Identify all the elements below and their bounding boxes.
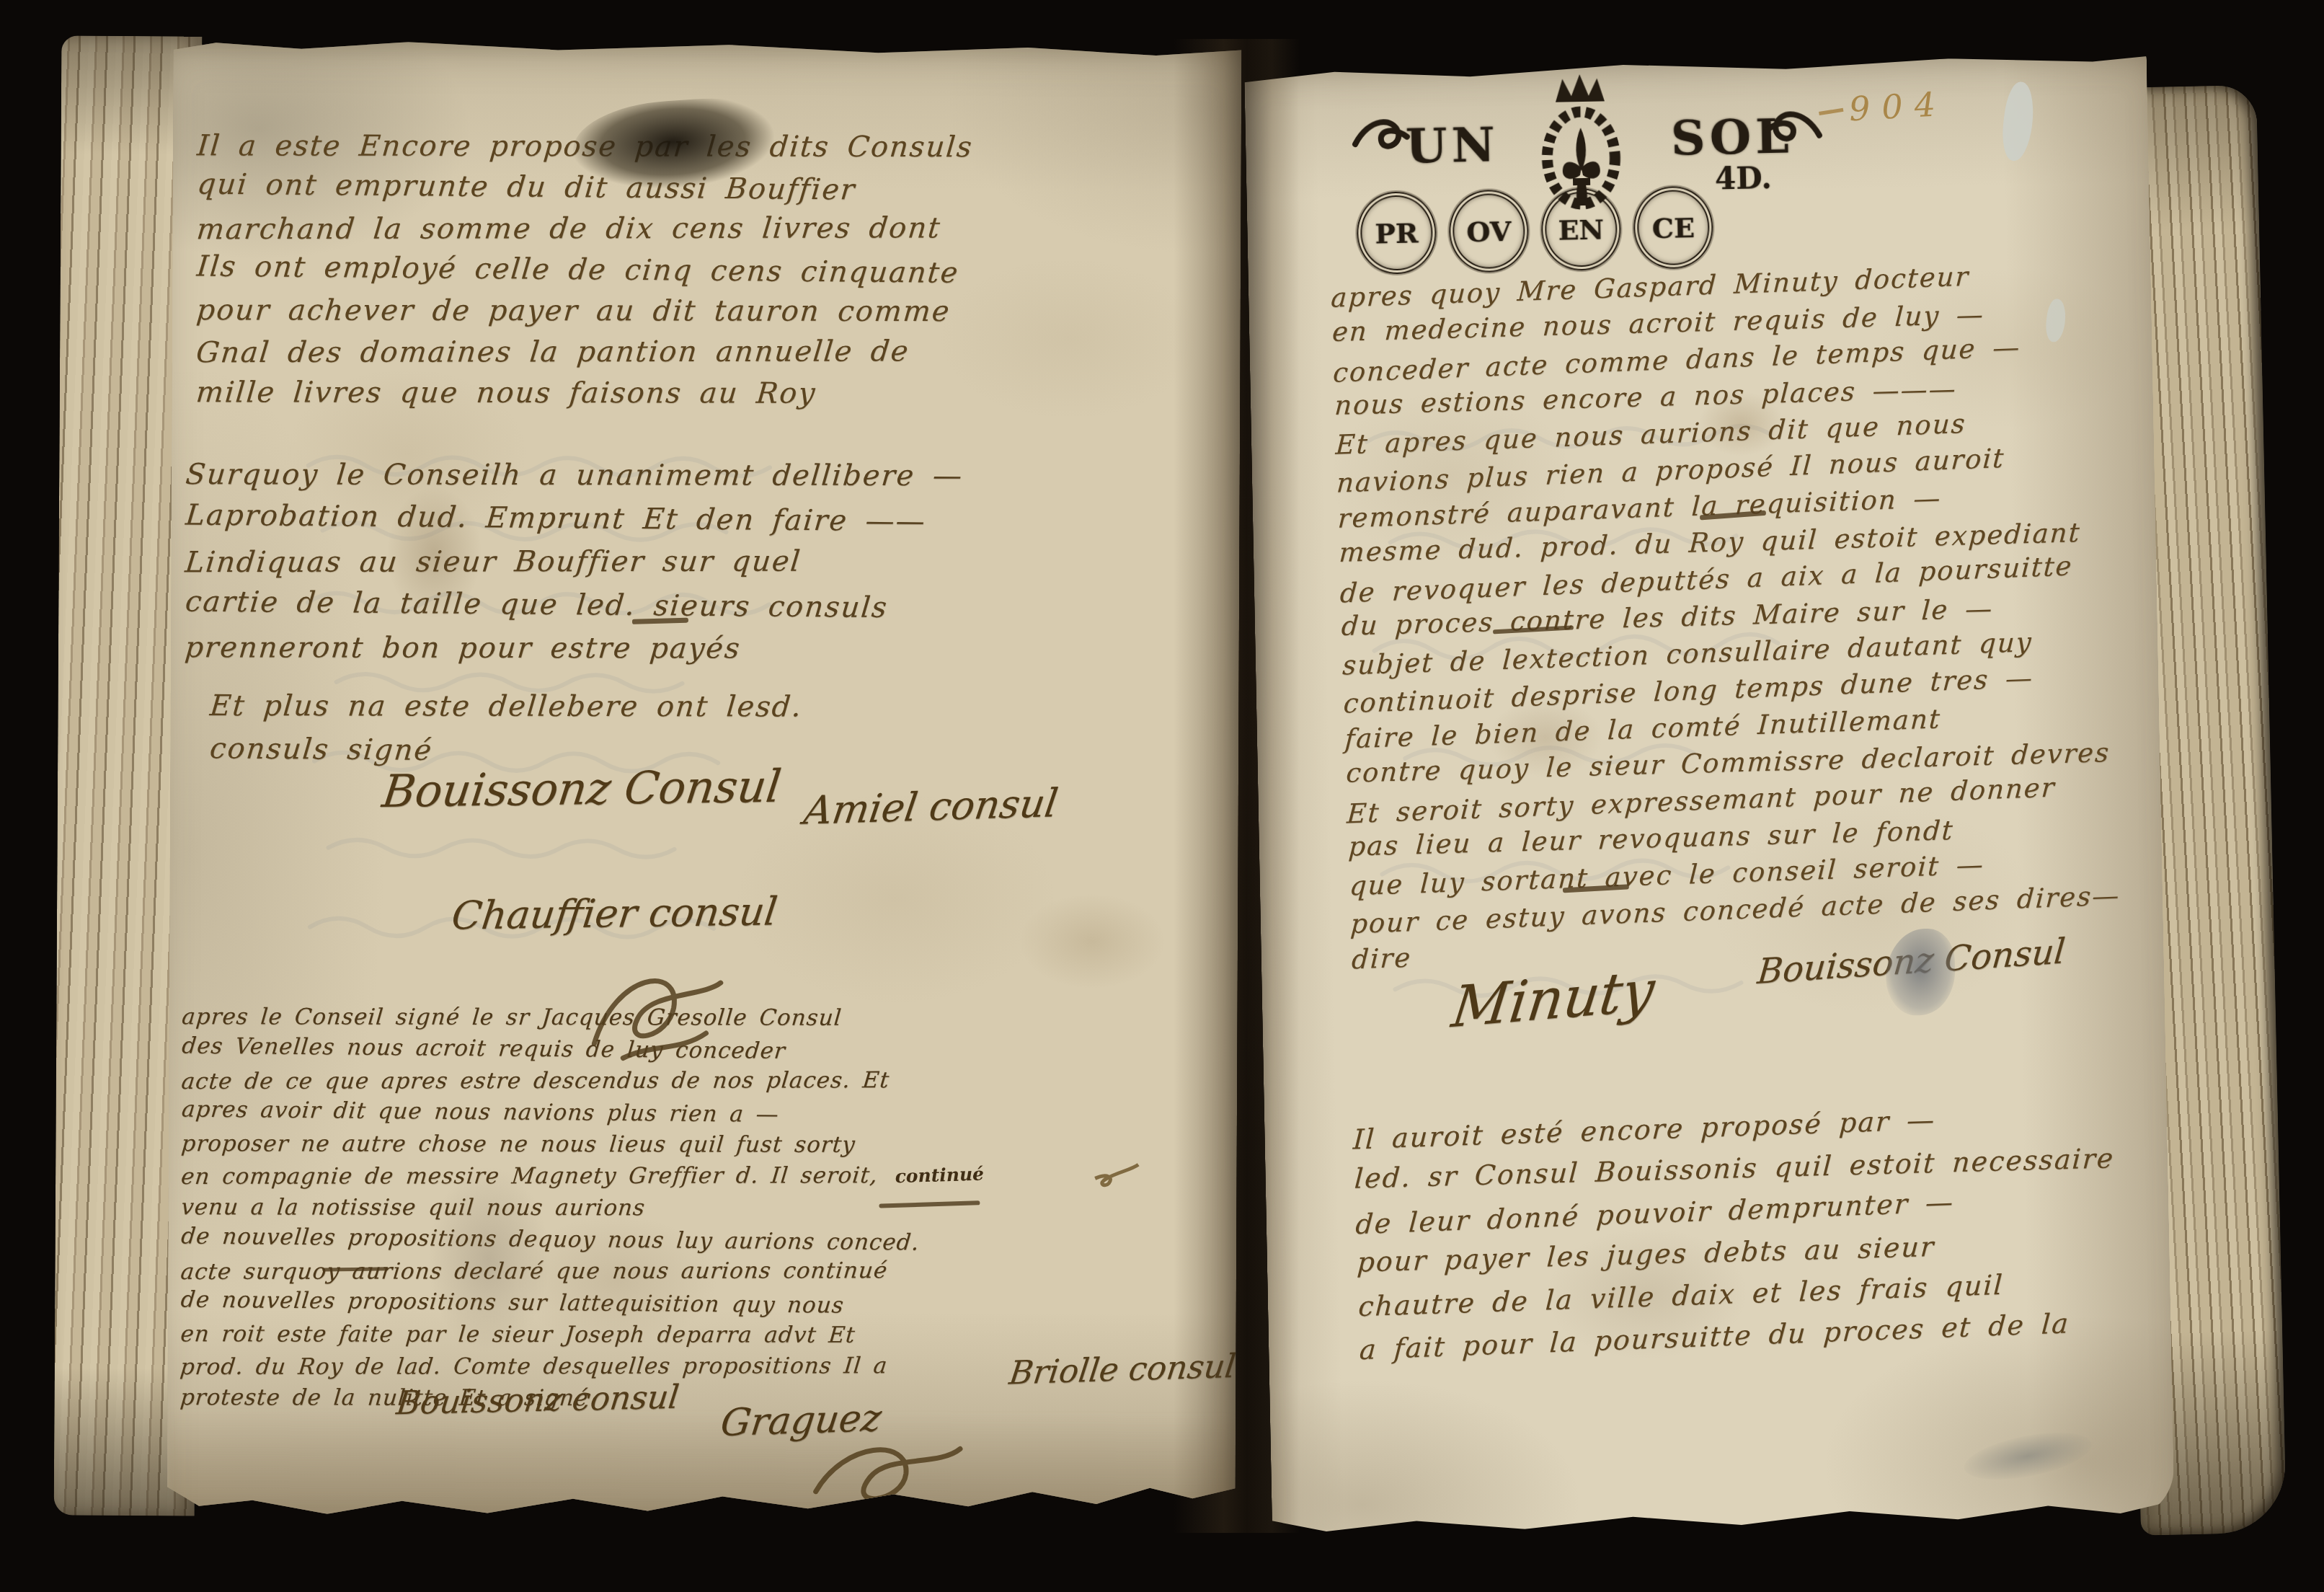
left-paragraph-2: Surquoy le Conseilh a unanimemt delliber… xyxy=(185,452,963,672)
interlinear-insertion: continué xyxy=(895,1164,984,1188)
edge-discoloration xyxy=(167,1410,1236,1519)
manuscript-line: pour achever de payer au dit tauron comm… xyxy=(195,290,974,332)
manuscript-line: Et plus na este dellebere ont lesd. xyxy=(208,684,804,729)
manuscript-line: Lindiquas au sieur Bouffier sur quel xyxy=(183,539,965,584)
signature-bouisson-2: Bouissonz consul xyxy=(394,1378,681,1423)
stamp-letter-medallion: CE xyxy=(1633,186,1713,270)
manuscript-line: qui ont emprunte du dit aussi Bouffier xyxy=(195,164,975,212)
manuscript-line: Gnal des domaines la pantion annuelle de xyxy=(194,331,974,373)
manuscript-line: cartie de la taille que led. sieurs cons… xyxy=(183,580,964,630)
manuscript-line: Il a este Encore propose par les dits Co… xyxy=(195,125,975,168)
right-paragraph-1: apres quoy Mre Gaspard Minuty docteuren … xyxy=(1331,255,2122,977)
folio-number: 904 xyxy=(1848,84,1948,128)
stamp-letter-medallion: EN xyxy=(1540,187,1621,271)
manuscript-line: Surquoy le Conseilh a unanimemt delliber… xyxy=(184,453,965,497)
manuscript-line: en roit este faite par le sieur Joseph d… xyxy=(179,1318,921,1351)
signature-briolle: Briolle consul xyxy=(1007,1347,1238,1392)
manuscript-line: acte de ce que apres estre descendus de … xyxy=(180,1064,923,1097)
left-paragraph-1: Il a este Encore propose par les dits Co… xyxy=(196,125,972,416)
manuscript-photograph: { "folio_number": "904", "stamp": { "wor… xyxy=(0,0,2324,1592)
provence-tax-stamp: UN SOL 4D. PROVENCE xyxy=(1362,81,1805,283)
manuscript-line: prenneront bon pour estre payés xyxy=(183,626,964,671)
signature-chauffier: Chauffier consul xyxy=(449,888,780,938)
manuscript-line: des Venelles nous acroit requis de luy c… xyxy=(180,1030,921,1069)
manuscript-line: Laprobation dud. Emprunt Et den faire —— xyxy=(184,494,965,544)
left-page: Il a este Encore propose par les dits Co… xyxy=(167,40,1242,1519)
right-page: UN SOL 4D. PROVENCE 904 apres quoy Mre G… xyxy=(1244,52,2175,1536)
stamp-denomination: 4D. xyxy=(1715,160,1773,197)
manuscript-line: prod. du Roy de lad. Comte desquelles pr… xyxy=(179,1350,921,1383)
manuscript-line: en compagnie de messire Magnety Greffier… xyxy=(179,1159,922,1193)
stamp-flourish-icon xyxy=(1760,103,1826,162)
manuscript-line: de nouvelles propositions dequoy nous lu… xyxy=(179,1221,921,1259)
manuscript-line: marchand la somme de dix cens livres don… xyxy=(195,208,975,250)
paper-stain xyxy=(1020,894,1165,989)
manuscript-line: proposer ne autre chose ne nous lieus qu… xyxy=(180,1128,922,1161)
manuscript-line: de nouvelles propositions sur lattequisi… xyxy=(179,1284,921,1322)
stamp-province-letters: PROVENCE xyxy=(1356,186,1713,275)
stamp-letter-medallion: OV xyxy=(1448,189,1529,273)
manuscript-line: venu a la notissise quil nous aurions xyxy=(179,1191,921,1224)
manuscript-line: apres avoir dit que nous navions plus ri… xyxy=(180,1094,921,1132)
manuscript-line: Ils ont employé celle de cinq cens cinqu… xyxy=(195,247,975,294)
left-paragraph-3: apres le Conseil signé le sr Jacques Gre… xyxy=(180,1000,921,1415)
notarial-paraph xyxy=(572,957,739,1066)
stamp-letter-medallion: PR xyxy=(1356,191,1437,275)
manuscript-line: mille livres que nous faisons au Roy xyxy=(195,372,974,415)
signature-amiel: Amiel consul xyxy=(801,780,1060,833)
manuscript-line: acte surquoy aurions declaré que nous au… xyxy=(179,1255,921,1288)
right-paragraph-2: Il auroit esté encore proposé par —led. … xyxy=(1352,1094,2120,1368)
manuscript-line: apres le Conseil signé le sr Jacques Gre… xyxy=(180,1001,922,1034)
notarial-paraph xyxy=(802,1434,975,1516)
stamp-word-un: UN xyxy=(1405,116,1499,174)
signature-bouisson-1: Bouissonz Consul xyxy=(379,760,784,818)
